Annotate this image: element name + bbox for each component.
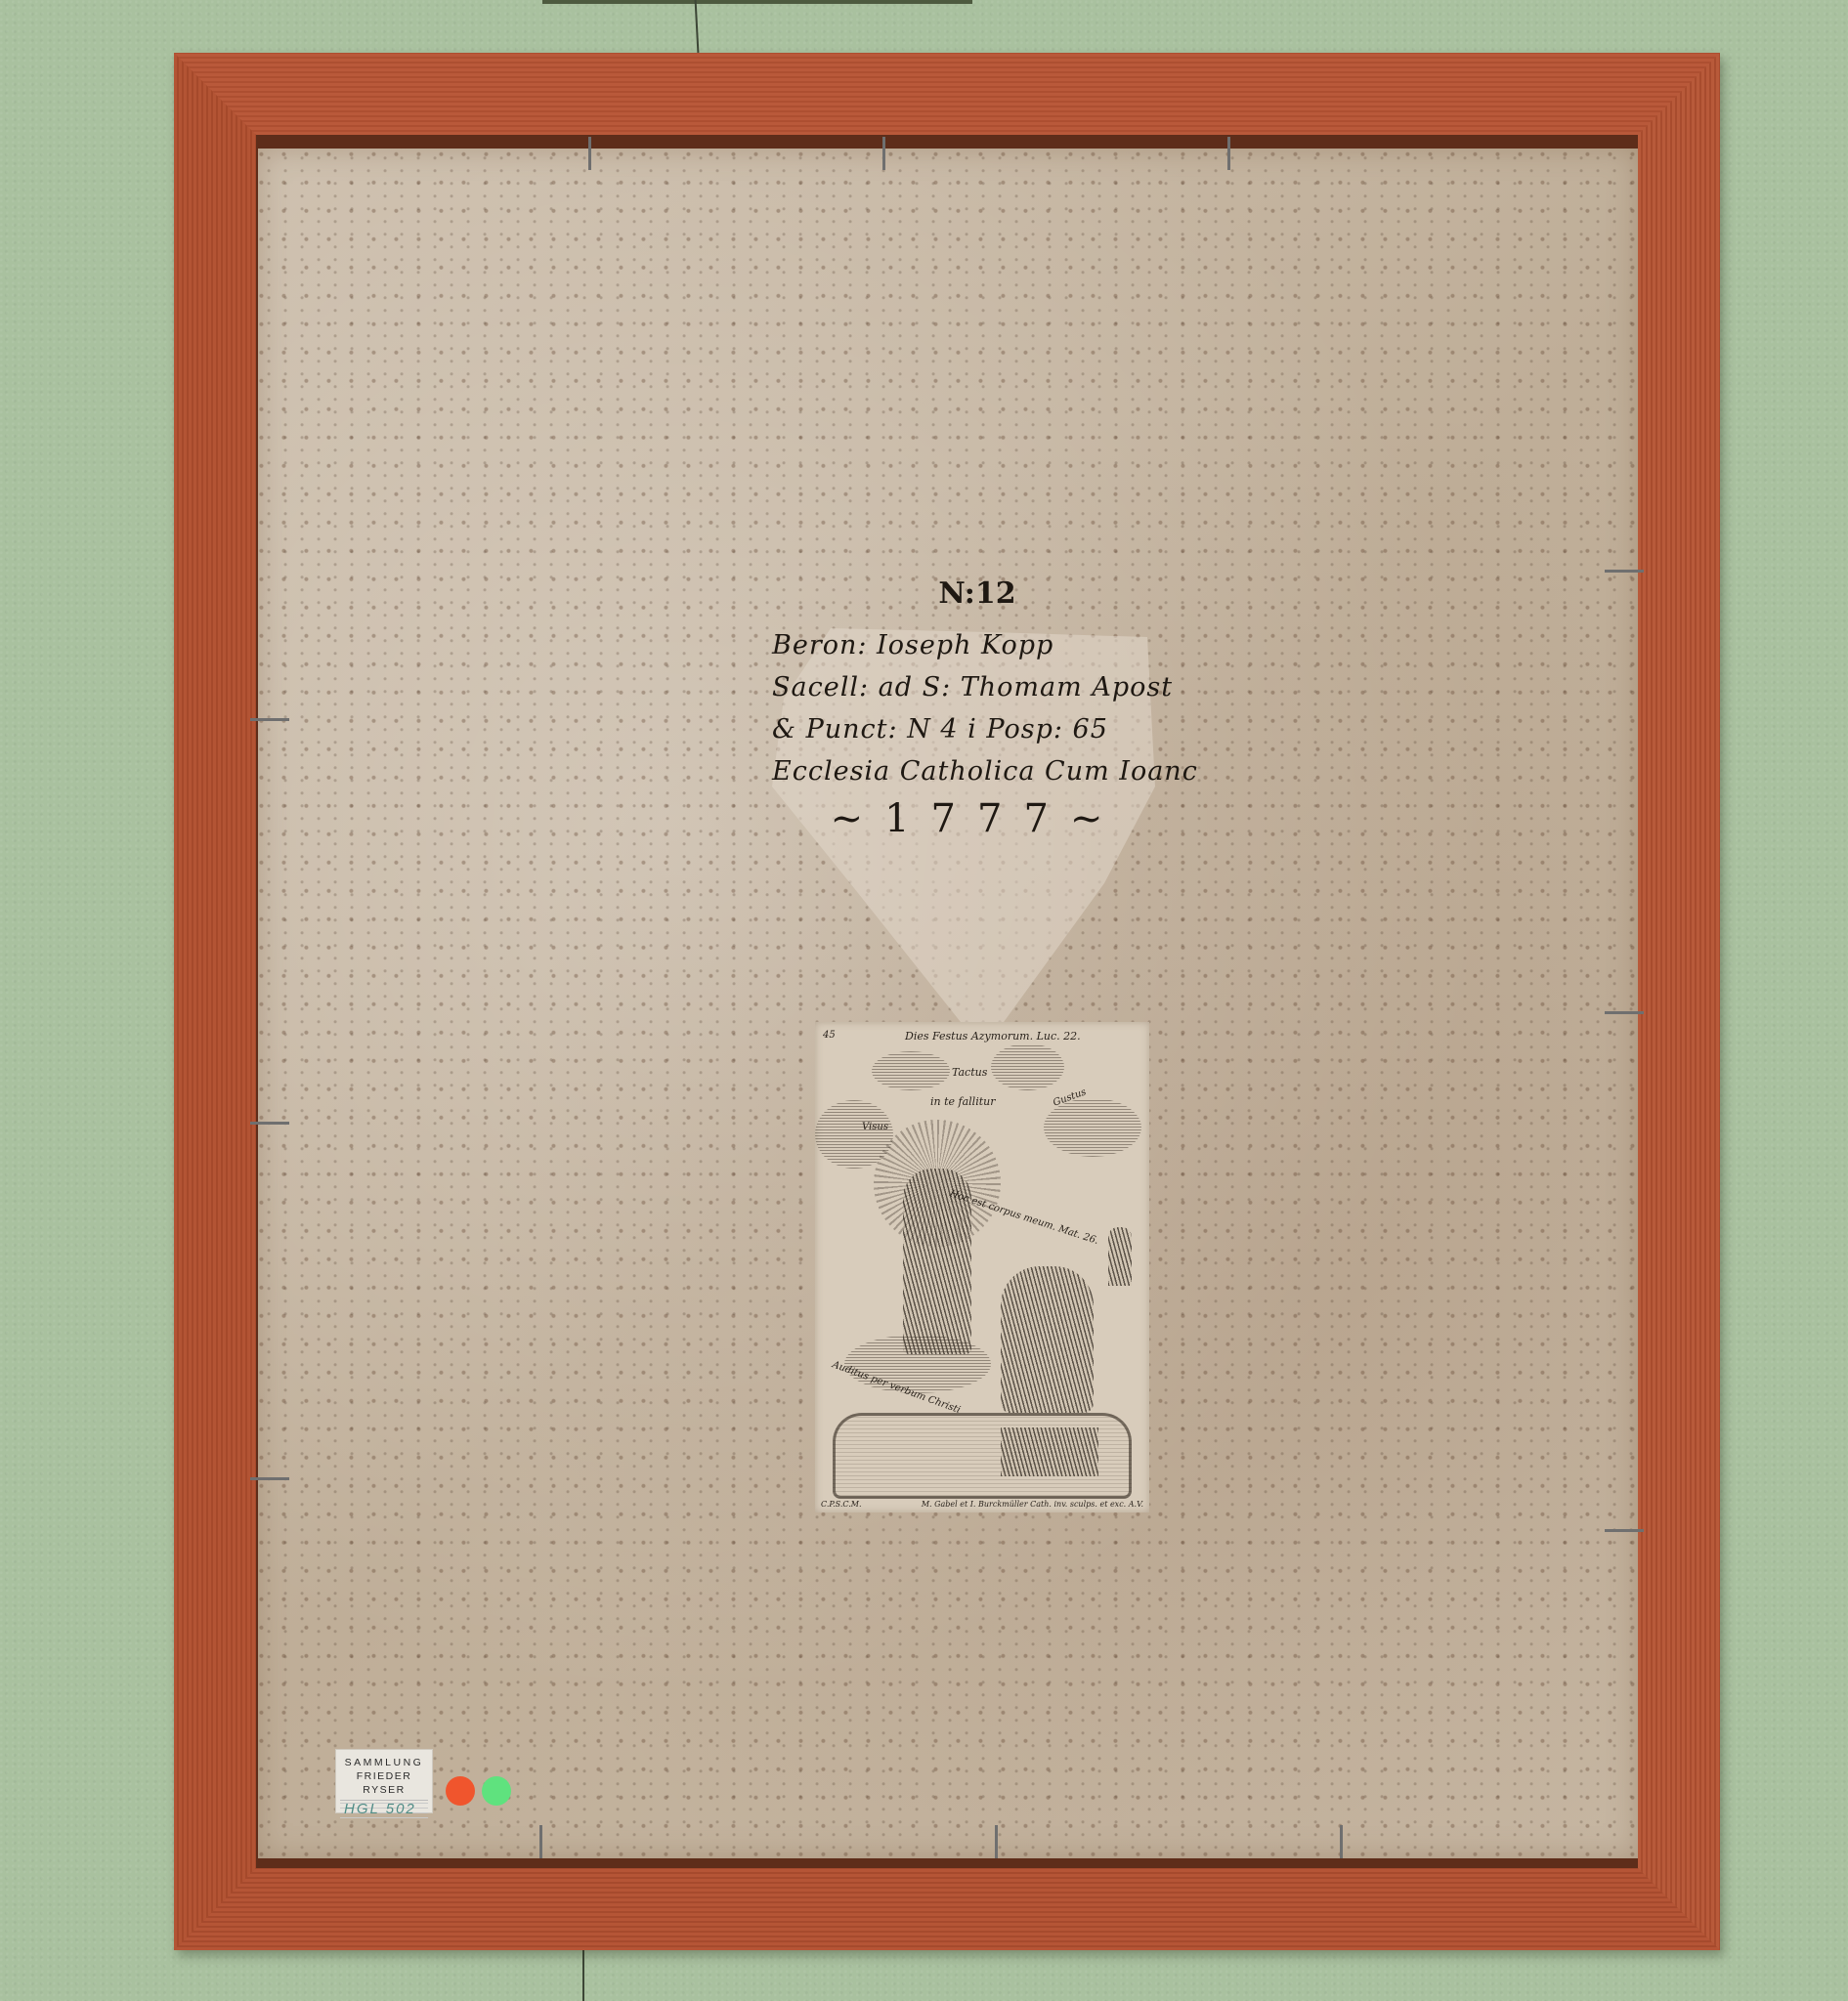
engraving-header: Dies Festus Azymorum. Luc. 22.	[905, 1030, 1081, 1043]
green-sticker-dot	[482, 1776, 511, 1806]
inscription-line: & Punct: N 4 i Posp: 65	[772, 708, 1182, 750]
inscription-line: Ecclesia Catholica Cum Ioanc	[772, 750, 1182, 792]
tents-illustration	[1001, 1427, 1098, 1476]
cloud-illustration	[844, 1335, 991, 1393]
nail-icon	[995, 1825, 998, 1858]
imprint-right: M. Gabel et I. Burckmüller Cath. inv. sc…	[922, 1500, 1143, 1509]
inscription-year: ~1777~	[772, 796, 1182, 841]
devotional-engraving: 45 Dies Festus Azymorum. Luc. 22. Tactus…	[815, 1022, 1149, 1512]
engraving-page-number: 45	[823, 1030, 836, 1041]
caption-visus: Visus	[862, 1122, 888, 1132]
frame-top-rail	[174, 53, 1720, 135]
inscription-line: Sacell: ad S: Thomam Apost	[772, 666, 1182, 708]
nail-icon	[1227, 137, 1230, 170]
nail-icon	[1605, 1011, 1644, 1014]
frame-right-stile	[1638, 53, 1720, 1950]
collection-label-line2: FRIEDER RYSER	[336, 1769, 432, 1797]
nail-icon	[1605, 1529, 1644, 1532]
inscription-line: Beron: Ioseph Kopp	[772, 624, 1182, 666]
nail-icon	[1605, 570, 1644, 573]
nail-icon	[1340, 1825, 1343, 1858]
frame-left-stile	[174, 53, 256, 1950]
caption-in-te-fallitur: in te fallitur	[930, 1095, 995, 1108]
frame-bottom-rail	[174, 1868, 1720, 1950]
kneeling-nun-figure	[1001, 1266, 1094, 1413]
hanging-wire	[582, 1950, 584, 2001]
orange-sticker-dot	[446, 1776, 475, 1806]
inscription-number: N:12	[772, 576, 1182, 611]
adjacent-frame-edge	[542, 0, 972, 4]
nail-icon	[250, 1122, 289, 1125]
inventory-number: HGL 502	[340, 1800, 428, 1822]
caption-tactus: Tactus	[952, 1066, 987, 1079]
cloud-illustration	[872, 1051, 950, 1090]
nail-icon	[250, 1477, 289, 1480]
engraving-imprint: C.P.S.C.M. M. Gabel et I. Burckmüller Ca…	[815, 1500, 1149, 1509]
nail-icon	[882, 137, 885, 170]
hanging-wire	[695, 0, 700, 53]
nail-icon	[588, 137, 591, 170]
handwritten-inscription: N:12 Beron: Ioseph Kopp Sacell: ad S: Th…	[772, 576, 1182, 841]
imprint-left: C.P.S.C.M.	[821, 1500, 862, 1509]
nail-icon	[539, 1825, 542, 1858]
chapel-illustration	[1108, 1227, 1132, 1286]
cloud-illustration	[991, 1043, 1064, 1090]
collection-label-line1: SAMMLUNG	[336, 1756, 432, 1769]
nail-icon	[250, 718, 289, 721]
collection-label: SAMMLUNG FRIEDER RYSER HGL 502	[335, 1749, 433, 1813]
